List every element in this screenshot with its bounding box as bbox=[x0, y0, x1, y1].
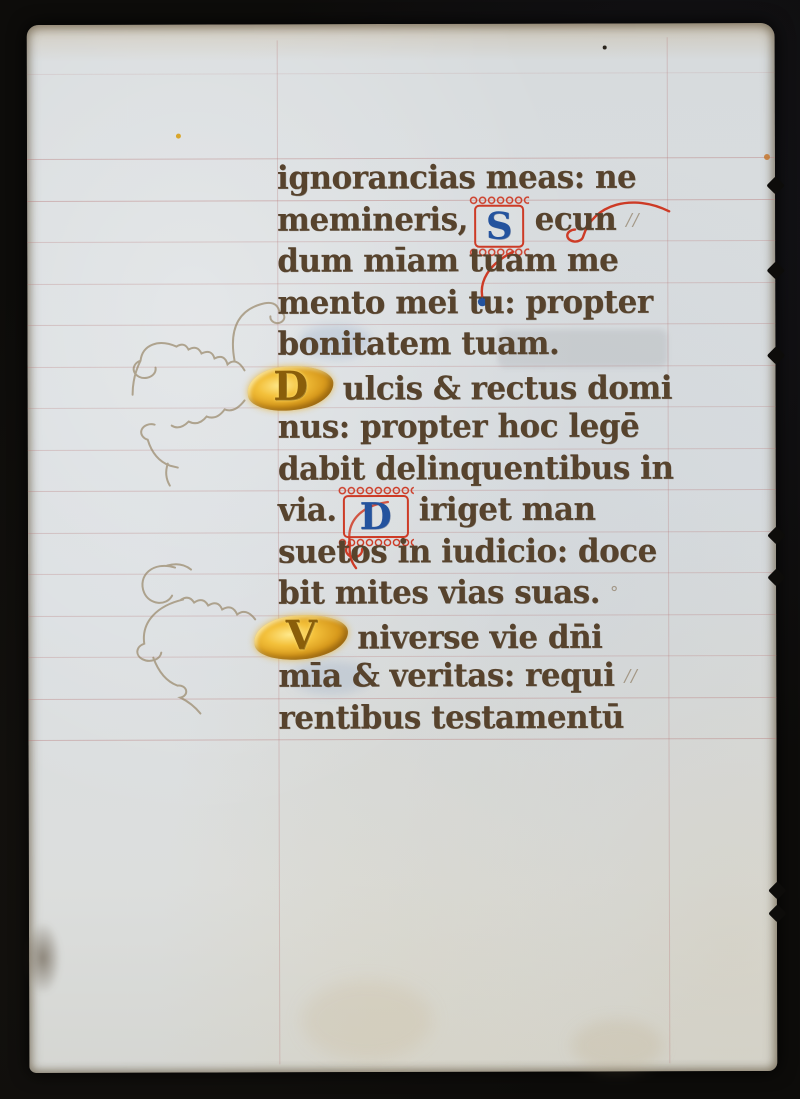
initial-letter: D bbox=[273, 365, 308, 407]
manuscript-line-13: mīa & veritas: requi// bbox=[278, 655, 680, 698]
line-text: niverse vie dn̄i bbox=[357, 616, 602, 660]
binding-notch bbox=[766, 176, 784, 194]
speck-dark bbox=[603, 45, 607, 49]
line-text: suetos in iudicio: doce bbox=[278, 530, 657, 574]
line-text: ignorancias meas: ne bbox=[277, 157, 636, 201]
ruling-lines bbox=[27, 23, 775, 25]
photo-background: ignorancias meas: nememineris, Secun//du… bbox=[0, 0, 800, 1099]
binding-notch bbox=[767, 346, 785, 364]
binding-notch bbox=[767, 526, 785, 544]
line-text: nus: propter hoc legē bbox=[278, 406, 640, 450]
line-text: via. bbox=[278, 489, 337, 532]
initial-letter: S bbox=[486, 207, 513, 243]
illuminated-initial-d: D bbox=[248, 366, 334, 410]
line-text: memineris, bbox=[277, 198, 468, 242]
text-block: ignorancias meas: nememineris, Secun//du… bbox=[277, 157, 681, 739]
manuscript-line-2: memineris, Secun// bbox=[277, 199, 679, 242]
illuminated-initial-v: V bbox=[254, 615, 348, 659]
manuscript-line-10: suetos in iudicio: doce bbox=[278, 531, 680, 574]
stain-bottom-right bbox=[571, 1019, 663, 1071]
speck-gold bbox=[176, 134, 181, 139]
manuscript-line-9: via. Diriget man bbox=[278, 489, 680, 532]
line-text: rentibus testamentū bbox=[278, 696, 624, 740]
line-text: bit mites vias suas. bbox=[278, 572, 600, 616]
stain-bottom-left bbox=[301, 980, 433, 1060]
line-filler-mark: // bbox=[625, 666, 639, 686]
initial-letter: V bbox=[286, 614, 317, 656]
initial-letter: D bbox=[360, 498, 392, 534]
manuscript-line-8: dabit delinquentibus in bbox=[278, 448, 680, 491]
binding-notch bbox=[768, 881, 786, 899]
line-text: ecun bbox=[535, 198, 617, 241]
manuscript-line-4: mento mei tu: propter bbox=[277, 282, 679, 325]
line-text: bonitatem tuam. bbox=[277, 323, 559, 367]
manuscript-line-7: nus: propter hoc legē bbox=[278, 406, 680, 449]
line-filler-mark: ° bbox=[610, 583, 620, 603]
manuscript-line-14: rentibus testamentū bbox=[278, 697, 680, 740]
ink-smudge-left-edge bbox=[25, 921, 61, 995]
line-text: ulcis & rectus domi bbox=[343, 367, 673, 411]
manuscript-line-12: Vniverse vie dn̄i bbox=[278, 614, 680, 657]
manuscript-line-6: Dulcis & rectus domi bbox=[278, 365, 680, 408]
manuscript-leaf: ignorancias meas: nememineris, Secun//du… bbox=[27, 23, 778, 1073]
binding-edge-notches bbox=[27, 23, 775, 25]
binding-notch bbox=[768, 904, 786, 922]
ruling-line-horizontal bbox=[27, 72, 775, 75]
line-text: mīa & veritas: requi bbox=[278, 655, 614, 699]
line-text: mento mei tu: propter bbox=[277, 281, 652, 325]
binding-notch bbox=[767, 261, 785, 279]
manuscript-line-5: bonitatem tuam. bbox=[277, 323, 679, 366]
manuscript-line-11: bit mites vias suas.° bbox=[278, 572, 680, 615]
line-filler-mark: // bbox=[626, 210, 640, 230]
manuscript-line-1: ignorancias meas: ne bbox=[277, 157, 679, 200]
line-text: iriget man bbox=[419, 489, 596, 533]
manuscript-line-3: dum mīam tuam me bbox=[277, 240, 679, 283]
line-text: dum mīam tuam me bbox=[277, 240, 618, 284]
line-text: dabit delinquentibus in bbox=[278, 447, 674, 491]
